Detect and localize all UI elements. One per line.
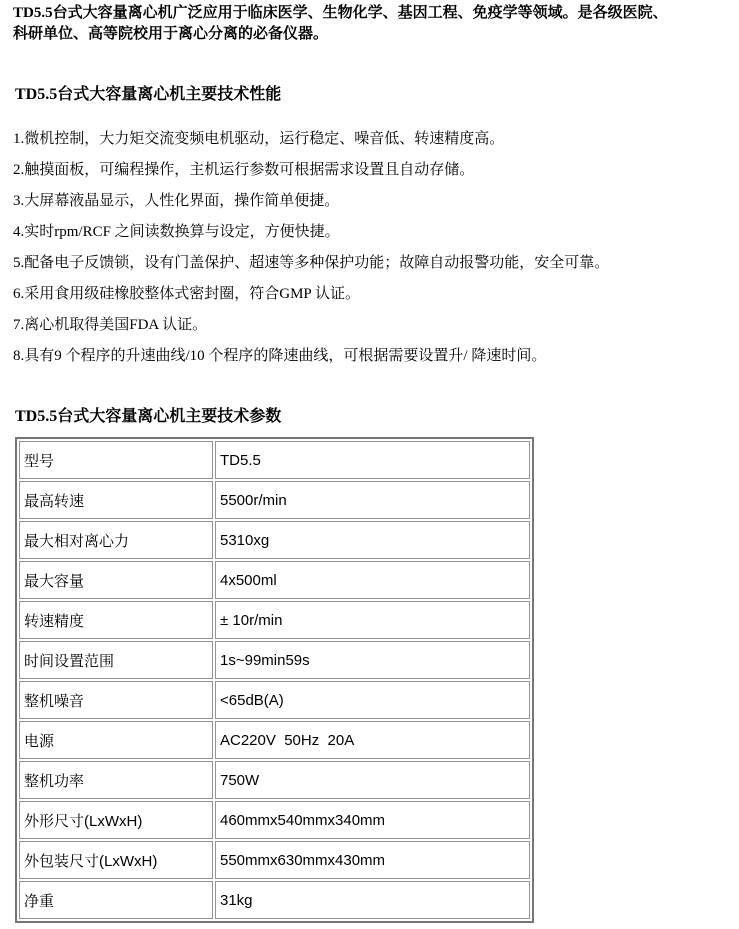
spec-label: 时间设置范围 (19, 641, 213, 679)
spec-row: 最高转速 5500r/min (19, 481, 530, 519)
spec-label: 转速精度 (19, 601, 213, 639)
spec-value: 460mmx540mmx340mm (215, 801, 530, 839)
feature-item: 3.大屏幕液晶显示，人性化界面，操作简单便捷。 (13, 192, 731, 210)
spec-label: 净重 (19, 881, 213, 919)
intro-paragraph: TD5.5台式大容量离心机广泛应用于临床医学、生物化学、基因工程、免疫学等领域。… (13, 3, 731, 45)
feature-item: 4.实时rpm/RCF 之间读数换算与设定，方便快捷。 (13, 223, 731, 241)
spec-value: 1s~99min59s (215, 641, 530, 679)
feature-item: 5.配备电子反馈锁，设有门盖保护、超速等多种保护功能；故障自动报警功能，安全可靠… (13, 254, 731, 272)
feature-list: 1.微机控制，大力矩交流变频电机驱动，运行稳定、噪音低、转速精度高。 2.触摸面… (13, 130, 731, 365)
spec-row: 外形尺寸(LxWxH) 460mmx540mmx340mm (19, 801, 530, 839)
spec-row: 外包装尺寸(LxWxH) 550mmx630mmx430mm (19, 841, 530, 879)
spec-row: 型号 TD5.5 (19, 441, 530, 479)
feature-item: 7.离心机取得美国FDA 认证。 (13, 316, 731, 334)
spec-value: 750W (215, 761, 530, 799)
spec-label: 最高转速 (19, 481, 213, 519)
spec-table: 型号 TD5.5 最高转速 5500r/min 最大相对离心力 5310xg 最… (15, 437, 534, 923)
spec-row: 时间设置范围 1s~99min59s (19, 641, 530, 679)
spec-value: 5310xg (215, 521, 530, 559)
spec-row: 电源 AC220V 50Hz 20A (19, 721, 530, 759)
spec-row: 整机功率 750W (19, 761, 530, 799)
spec-label: 整机噪音 (19, 681, 213, 719)
spec-value: 550mmx630mmx430mm (215, 841, 530, 879)
spec-row: 最大容量 4x500ml (19, 561, 530, 599)
spec-value: ± 10r/min (215, 601, 530, 639)
document-page: TD5.5台式大容量离心机广泛应用于临床医学、生物化学、基因工程、免疫学等领域。… (0, 0, 739, 929)
spec-label: 电源 (19, 721, 213, 759)
spec-label: 型号 (19, 441, 213, 479)
spec-label: 外形尺寸(LxWxH) (19, 801, 213, 839)
spec-label: 最大相对离心力 (19, 521, 213, 559)
intro-line-2: 科研单位、高等院校用于离心分离的必备仪器。 (13, 26, 328, 42)
feature-item: 8.具有9 个程序的升速曲线/10 个程序的降速曲线，可根据需要设置升/ 降速时… (13, 347, 731, 365)
spec-value: AC220V 50Hz 20A (215, 721, 530, 759)
spec-label: 整机功率 (19, 761, 213, 799)
spec-label: 外包装尺寸(LxWxH) (19, 841, 213, 879)
spec-value: TD5.5 (215, 441, 530, 479)
spec-row: 最大相对离心力 5310xg (19, 521, 530, 559)
spec-value: 4x500ml (215, 561, 530, 599)
spec-value: 5500r/min (215, 481, 530, 519)
feature-item: 1.微机控制，大力矩交流变频电机驱动，运行稳定、噪音低、转速精度高。 (13, 130, 731, 148)
spec-value: <65dB(A) (215, 681, 530, 719)
feature-item: 6.采用食用级硅橡胶整体式密封圈，符合GMP 认证。 (13, 285, 731, 303)
feature-item: 2.触摸面板，可编程操作，主机运行参数可根据需求设置且自动存储。 (13, 161, 731, 179)
spec-row: 整机噪音 <65dB(A) (19, 681, 530, 719)
performance-section-title: TD5.5台式大容量离心机主要技术性能 (15, 85, 731, 104)
spec-row: 转速精度 ± 10r/min (19, 601, 530, 639)
spec-label: 最大容量 (19, 561, 213, 599)
intro-line-1: TD5.5台式大容量离心机广泛应用于临床医学、生物化学、基因工程、免疫学等领域。… (13, 5, 668, 21)
spec-row: 净重 31kg (19, 881, 530, 919)
spec-value: 31kg (215, 881, 530, 919)
parameters-section-title: TD5.5台式大容量离心机主要技术参数 (15, 407, 731, 426)
